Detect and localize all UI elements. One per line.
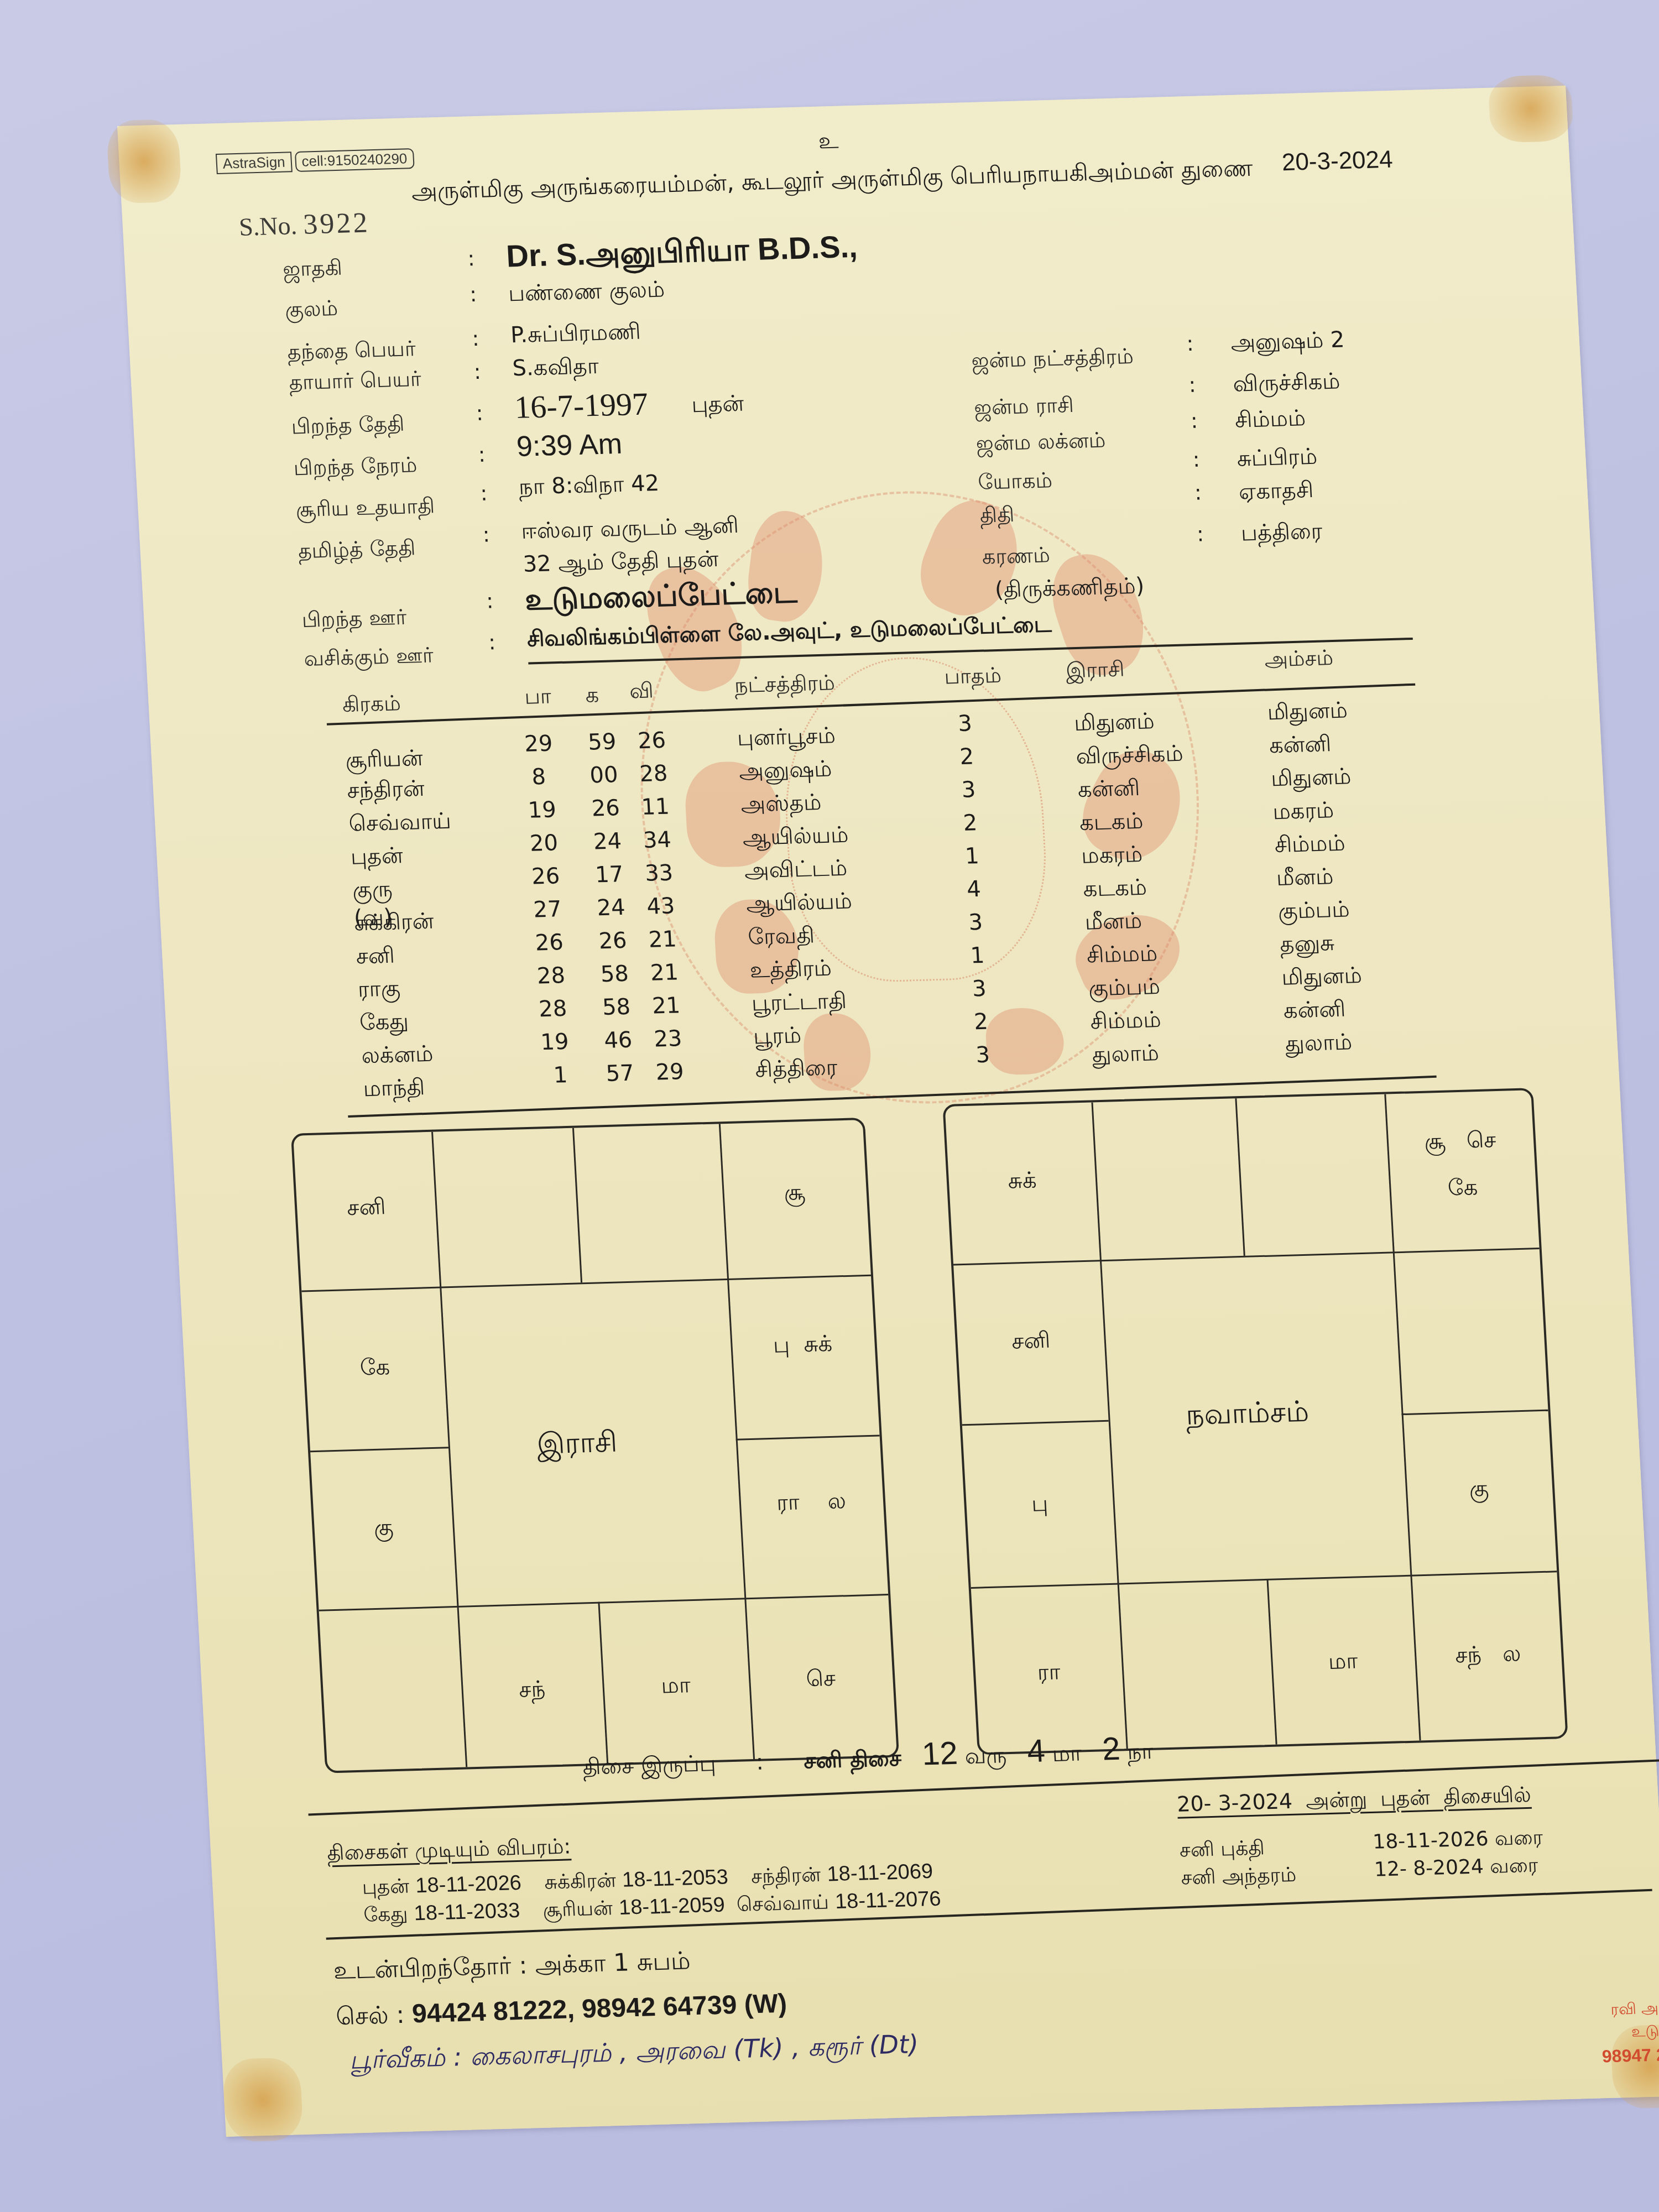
label-thithi: திதி xyxy=(979,502,1015,531)
rasi-house-meenam: சனி xyxy=(296,1193,436,1225)
current-antharam-until: 12- 8-2024 வரை xyxy=(1374,1854,1539,1884)
colon: : xyxy=(482,523,491,547)
phone-numbers: 94424 81222, 98942 64739 (W) xyxy=(411,1989,787,2029)
dasha-end-date: 18-11-2026 xyxy=(415,1871,522,1897)
cell-nakshatra: புனர்பூசம் xyxy=(737,723,836,754)
cell-planet: செவ்வாய் xyxy=(348,808,452,839)
colon: : xyxy=(469,282,477,306)
cell-nakshatra: ரேவதி xyxy=(747,922,815,952)
colon: : xyxy=(1186,331,1194,356)
cell-pada: 3 xyxy=(957,711,973,737)
printer-imprint: ரவி அச்சகம், உடுமலை. 98947 24817 xyxy=(1536,1996,1659,2071)
cell-pada: 2 xyxy=(959,744,974,770)
cell-planet: மாந்தி xyxy=(362,1074,425,1104)
cell-minute: 46 xyxy=(603,1027,633,1053)
document-date: 20-3-2024 xyxy=(1281,146,1394,177)
rasi-house-mithunam: சூ xyxy=(722,1178,868,1210)
dasha-balance-label: திசை இருப்பு xyxy=(582,1751,716,1780)
cell-amsam: துலாம் xyxy=(1285,1029,1353,1059)
cell-pada: 4 xyxy=(966,877,982,902)
value-birth-time: 9:39 Am xyxy=(516,427,623,463)
cell-minute: 17 xyxy=(594,862,624,888)
navamsa-chart-title: நவாம்சம் xyxy=(1185,1395,1310,1436)
cell-minute: 57 xyxy=(605,1061,634,1087)
navamsa-house-mithunam-line2: கே xyxy=(1389,1173,1537,1205)
cell-nakshatra: ஆயில்யம் xyxy=(745,888,853,919)
cell-second: 21 xyxy=(650,959,679,985)
value-janma-nakshatra: அனுஷம் 2 xyxy=(1230,327,1345,358)
cell-second: 29 xyxy=(655,1059,684,1085)
colon: : xyxy=(486,588,494,613)
table-row: செவ்வாய் 19 26 11 அஸ்தம் 3 கன்னி மிதுனம் xyxy=(348,803,349,836)
grid-line xyxy=(301,1275,871,1292)
cell-minute: 24 xyxy=(593,828,622,854)
cell-degree: 8 xyxy=(531,764,546,790)
rasi-house-kumbam: கே xyxy=(305,1353,445,1385)
grid-line xyxy=(1091,1102,1128,1749)
dasha-end-title: திசைகள் முடியும் விபரம்: xyxy=(326,1834,572,1868)
label-janma-lagnam: ஜன்ம லக்னம் xyxy=(975,427,1107,458)
navamsa-house-kadagam xyxy=(1396,1314,1543,1318)
temple-invocation: அருள்மிகு அருங்கரையம்மன், கூடலூர் அருள்ம… xyxy=(411,154,1254,208)
navamsa-house-kumbam: சனி xyxy=(957,1326,1105,1358)
colon: : xyxy=(755,1750,764,1775)
phone-info: செல் : 94424 81222, 98942 64739 (W) xyxy=(335,1989,788,2034)
value-mother-name: S.கவிதா xyxy=(512,353,599,384)
label-birth-date: பிறந்த தேதி xyxy=(291,411,405,442)
siblings-info: உடன்பிறந்தோர் : அக்கா 1 சுபம் xyxy=(333,1947,691,1988)
col-header-rasi: இராசி xyxy=(1065,657,1125,686)
rasi-house-viruchigam: சந் xyxy=(461,1675,604,1707)
cell-pada: 3 xyxy=(975,1042,990,1068)
cell-pada: 1 xyxy=(964,843,980,869)
calculation-method: (திருக்கணிதம்) xyxy=(994,573,1145,605)
label-residence: வசிக்கும் ஊர் xyxy=(303,643,434,674)
cell-planet: புதன் xyxy=(350,843,404,873)
stamp-cell-number: cell:9150240290 xyxy=(295,148,415,172)
cell-pada: 3 xyxy=(972,976,987,1002)
cell-amsam: கன்னி xyxy=(1283,997,1347,1026)
cell-rasi: மகரம் xyxy=(1081,842,1143,872)
cell-degree: 26 xyxy=(535,930,564,956)
cell-minute: 58 xyxy=(600,961,629,987)
navamsa-house-mesham xyxy=(1095,1162,1239,1166)
col-header-minute: க xyxy=(585,682,599,711)
grid-line xyxy=(953,1248,1540,1266)
colon: : xyxy=(478,442,486,467)
table-row: ராகு 28 58 21 உத்திரம் 1 சிம்மம் தனுசு xyxy=(357,969,358,1002)
cell-second: 28 xyxy=(639,761,668,787)
serial-label: S.No. xyxy=(238,211,298,241)
astrologer-stamp: AstraSign cell:9150240290 xyxy=(216,148,414,174)
rasi-house-kadagam: பு சுக் xyxy=(730,1330,875,1362)
cell-minute: 00 xyxy=(589,762,618,788)
cell-minute: 24 xyxy=(596,895,625,921)
navamsa-house-viruchigam xyxy=(1121,1653,1271,1658)
dasha-end-date: 18-11-2033 xyxy=(414,1899,521,1925)
table-row: புதன் 20 24 34 ஆயில்யம் 2 கடகம் மகரம் xyxy=(349,836,351,869)
label-janma-nakshatra: ஜன்ம நட்சத்திரம் xyxy=(971,344,1134,376)
value-birth-place: உடுமலைப்பேட்டை xyxy=(524,575,798,622)
rasi-house-rishabam xyxy=(576,1185,722,1188)
label-tamil-date: தமிழ்த் தேதி xyxy=(298,535,416,566)
col-header-nakshatra: நட்சத்திரம் xyxy=(734,670,836,701)
cell-planet: சந்திரன் xyxy=(346,776,425,806)
cell-nakshatra: பூரம் xyxy=(753,1022,802,1052)
col-header-planet: கிரகம் xyxy=(342,691,401,720)
dasha-end-date: 18-11-2053 xyxy=(622,1865,729,1891)
dasha-balance-planet: சனி திசை xyxy=(803,1746,902,1774)
grid-line xyxy=(971,1571,1557,1589)
col-header-amsam: அம்சம் xyxy=(1264,645,1334,675)
pillaiyar-suzhi-symbol: உ xyxy=(818,128,839,157)
value-janma-rasi: விருச்சிகம் xyxy=(1232,368,1341,399)
label-mother-name: தாயார் பெயர் xyxy=(288,367,422,398)
cell-amsam: மகரம் xyxy=(1272,797,1334,827)
grid-line xyxy=(572,1128,582,1283)
serial-value: 3922 xyxy=(302,207,371,240)
cell-degree: 1 xyxy=(553,1062,568,1088)
printer-town: உடுமலை. xyxy=(1537,2018,1659,2046)
grid-line xyxy=(431,1132,467,1767)
colon: : xyxy=(1188,373,1196,397)
cell-nakshatra: ஆயில்யம் xyxy=(742,822,849,853)
cell-rasi: துலாம் xyxy=(1092,1040,1160,1070)
table-row: சனி 26 26 21 ரேவதி 3 மீனம் கும்பம் xyxy=(355,936,357,969)
cell-second: 33 xyxy=(644,860,674,886)
col-header-degree: பா xyxy=(524,684,552,712)
cell-degree: 29 xyxy=(524,731,553,757)
cell-nakshatra: பூரட்டாதி xyxy=(751,988,848,1019)
value-jathagi-name: Dr. S.அனுபிரியா B.D.S., xyxy=(505,228,859,279)
cell-rasi: கும்பம் xyxy=(1088,974,1161,1004)
cell-degree: 19 xyxy=(528,797,557,823)
dasha-balance-years: 12 xyxy=(921,1735,958,1772)
cell-nakshatra: அவிட்டம் xyxy=(744,855,848,886)
current-bhukti-label: சனி புக்தி xyxy=(1179,1837,1265,1864)
months-unit: மா xyxy=(1052,1740,1083,1766)
grid-line xyxy=(310,1447,448,1452)
dasha-end-date: 18-11-2069 xyxy=(826,1860,933,1886)
phone-label: செல் : xyxy=(335,2001,405,2031)
cell-nakshatra: உத்திரம் xyxy=(749,956,833,986)
cell-rasi: சிம்மம் xyxy=(1089,1007,1162,1037)
navamsa-house-rishabam xyxy=(1239,1158,1388,1162)
grid-line xyxy=(736,1434,880,1440)
cell-rasi: விருச்சிகம் xyxy=(1075,741,1184,772)
navamsa-house-kanni: சந் ல xyxy=(1414,1640,1562,1672)
label-janma-rasi: ஜன்ம ராசி xyxy=(973,393,1074,423)
label-birth-time: பிறந்த நேரம் xyxy=(293,452,418,483)
colon: : xyxy=(1190,409,1198,433)
printer-name: ரவி அச்சகம், xyxy=(1536,1996,1659,2023)
label-karanam: கரணம் xyxy=(982,542,1051,572)
rasi-house-thulam: மா xyxy=(602,1671,750,1703)
cell-degree: 27 xyxy=(533,896,562,922)
table-row: கேது 28 58 21 பூரட்டாதி 3 கும்பம் மிதுனம… xyxy=(358,1001,360,1035)
cell-degree: 28 xyxy=(538,996,567,1022)
colon: : xyxy=(473,359,482,384)
table-row: சூரியன் 29 59 26 புனர்பூசம் 3 மிதுனம் மி… xyxy=(344,737,346,770)
colon: : xyxy=(467,246,475,270)
navamsa-house-mithunam-line1: சூ செ xyxy=(1386,1126,1535,1158)
dasha-planet: செவ்வாய் xyxy=(736,1891,830,1916)
cell-planet: சுக்கிரன் xyxy=(353,909,435,939)
col-header-pada: பாதம் xyxy=(943,663,1002,692)
colon: : xyxy=(488,630,496,654)
value-janma-lagnam: சிம்மம் xyxy=(1234,405,1307,436)
cell-amsam: சிம்மம் xyxy=(1274,831,1346,861)
rasi-chart: சனி சூ கே பு சுக் கு ரா ல சந் மா செ இராச… xyxy=(291,1118,899,1773)
corner-stain xyxy=(1488,75,1574,143)
rasi-house-makaram: கு xyxy=(314,1513,453,1545)
cell-minute: 26 xyxy=(598,928,627,954)
cell-planet: சனி xyxy=(355,943,395,972)
value-yogam: சுப்பிரம் xyxy=(1237,444,1318,474)
rasi-chart-title: இராசி xyxy=(536,1426,618,1465)
label-birth-place: பிறந்த ஊர் xyxy=(301,605,407,635)
cell-pada: 2 xyxy=(973,1009,989,1035)
cell-planet: கேது xyxy=(359,1009,409,1038)
colon: : xyxy=(479,481,488,505)
cell-rasi: கன்னி xyxy=(1077,775,1141,805)
cell-amsam: கும்பம் xyxy=(1277,896,1350,927)
colon: : xyxy=(1194,481,1202,505)
grid-line xyxy=(1402,1410,1548,1415)
days-unit: நா xyxy=(1126,1739,1154,1765)
rasi-house-simmam: ரா ல xyxy=(739,1487,884,1519)
stamp-brand: AstraSign xyxy=(216,152,293,174)
label-kulam: குலம் xyxy=(284,296,338,325)
cell-amsam: தனுசு xyxy=(1279,930,1335,960)
current-bhukti-until: 18-11-2026 வரை xyxy=(1372,1826,1543,1856)
cell-pada: 1 xyxy=(970,943,985,969)
cell-second: 21 xyxy=(648,926,677,952)
dasha-end-date: 18-11-2076 xyxy=(834,1887,942,1913)
current-antharam-label: சனி அந்தரம் xyxy=(1180,1864,1297,1892)
cell-pada: 3 xyxy=(961,777,976,803)
cell-second: 43 xyxy=(646,893,675,919)
cell-pada: 3 xyxy=(968,910,983,936)
cell-amsam: மீனம் xyxy=(1276,864,1334,894)
rasi-house-kanni: செ xyxy=(748,1664,894,1696)
grid-line xyxy=(1235,1098,1245,1256)
navamsa-house-simmam: கு xyxy=(1405,1474,1553,1506)
table-row: மாந்தி 1 57 29 சித்திரை 3 துலாம் துலாம் xyxy=(362,1068,364,1101)
serial-number: S.No. 3922 xyxy=(238,206,370,243)
cell-minute: 59 xyxy=(587,729,617,755)
cell-degree: 28 xyxy=(536,963,566,989)
cell-degree: 20 xyxy=(529,830,559,856)
cell-second: 26 xyxy=(637,728,666,754)
cell-rasi: மீனம் xyxy=(1084,908,1143,938)
cell-planet: லக்னம் xyxy=(361,1041,434,1072)
value-thithi: ஏகாதசி xyxy=(1238,477,1314,508)
dasha-planet: கேது xyxy=(363,1903,408,1927)
label-yogam: யோகம் xyxy=(977,468,1053,498)
corner-stain xyxy=(222,2057,304,2142)
label-jathagi: ஜாதகி xyxy=(282,255,343,285)
grid-line xyxy=(719,1124,755,1759)
cell-nakshatra: அஸ்தம் xyxy=(740,790,822,820)
value-kulam: பண்ணை குலம் xyxy=(508,277,665,310)
dasha-balance-months: 4 xyxy=(1026,1733,1046,1769)
value-tamil-year-month: ஈஸ்வர வருடம் ஆனி xyxy=(520,513,739,547)
native-place-handwritten: பூர்வீகம் : கைலாசபுரம் , அரவை (Tk) , கரூ… xyxy=(348,2029,920,2079)
rasi-house-dhanusu xyxy=(323,1679,461,1683)
cell-rasi: கடகம் xyxy=(1079,808,1144,838)
label-sunrise-offset: சூரிய உதயாதி xyxy=(295,493,436,525)
rasi-house-mesham xyxy=(435,1189,576,1193)
cell-second: 11 xyxy=(640,794,670,820)
current-period-title: 20- 3-2024 அன்று புதன் திசையில் xyxy=(1176,1782,1532,1820)
cell-nakshatra: சித்திரை xyxy=(754,1055,838,1085)
cell-rasi: மிதுனம் xyxy=(1073,708,1155,739)
table-row: லக்னம் 19 46 23 பூரம் 2 சிம்மம் கன்னி xyxy=(360,1035,362,1068)
cell-degree: 26 xyxy=(531,863,560,889)
cell-amsam: கன்னி xyxy=(1269,731,1332,761)
cell-second: 21 xyxy=(651,993,681,1019)
grid-line xyxy=(319,1594,889,1611)
cell-planet: சூரியன் xyxy=(345,745,424,776)
horoscope-sheet: AstraSign cell:9150240290 உ அருள்மிகு அர… xyxy=(117,86,1659,2137)
colon: : xyxy=(1196,521,1204,546)
cell-degree: 19 xyxy=(540,1029,569,1055)
value-sunrise-offset: நா 8:விநா 42 xyxy=(518,471,660,503)
value-birth-date: 16-7-1997 xyxy=(514,385,649,426)
colon: : xyxy=(476,401,484,425)
label-father-name: தந்தை பெயர் xyxy=(286,336,416,367)
dasha-planet: சுக்கிரன் xyxy=(544,1869,617,1894)
dasha-planet: சந்திரன் xyxy=(750,1864,821,1888)
cell-pada: 2 xyxy=(963,810,978,836)
cell-minute: 58 xyxy=(602,994,631,1020)
value-birth-weekday: புதன் xyxy=(691,391,744,421)
cell-second: 34 xyxy=(643,827,672,853)
cell-minute: 26 xyxy=(591,795,620,821)
grid-line xyxy=(962,1420,1109,1426)
corner-stain xyxy=(106,119,182,204)
colon: : xyxy=(1192,447,1201,472)
cell-planet: ராகு xyxy=(357,975,401,1005)
dasha-end-date: 18-11-2059 xyxy=(618,1893,726,1919)
cell-amsam: மிதுனம் xyxy=(1270,764,1352,794)
table-row: குரு (வ) 26 17 33 அவிட்டம் 1 மகரம் சிம்ம… xyxy=(351,869,353,902)
value-tamil-day: 32 ஆம் தேதி புதன் xyxy=(522,546,719,580)
cell-rasi: கடகம் xyxy=(1082,875,1147,905)
navamsa-house-makaram: பு xyxy=(966,1489,1114,1521)
navamsa-chart: சுக் சூ செ கே சனி பு கு ரா மா சந் ல நவாம… xyxy=(942,1088,1568,1755)
dasha-planet: புதன் xyxy=(362,1875,410,1899)
dasha-planet: சூரியன் xyxy=(542,1897,613,1921)
navamsa-house-dhanusu: ரா xyxy=(975,1657,1123,1689)
cell-nakshatra: அனுஷம் xyxy=(738,756,833,787)
col-header-second: வி xyxy=(629,678,654,706)
cell-amsam: மிதுனம் xyxy=(1281,963,1363,993)
cell-amsam: மிதுனம் xyxy=(1266,697,1348,728)
printer-phone: 98947 24817 xyxy=(1539,2041,1659,2071)
cell-second: 23 xyxy=(653,1026,682,1052)
dasha-balance-days: 2 xyxy=(1101,1731,1121,1767)
navamsa-house-meenam: சுக் xyxy=(948,1166,1097,1198)
value-karanam: பத்திரை xyxy=(1240,518,1323,549)
navamsa-house-thulam: மா xyxy=(1270,1647,1416,1679)
colon: : xyxy=(471,326,479,351)
planet-rows: சூரியன் 29 59 26 புனர்பூசம் 3 மிதுனம் மி… xyxy=(117,86,1566,126)
cell-rasi: சிம்மம் xyxy=(1086,941,1159,971)
value-father-name: P.சுப்பிரமணி xyxy=(510,319,641,351)
years-unit: வரு xyxy=(964,1743,1008,1769)
